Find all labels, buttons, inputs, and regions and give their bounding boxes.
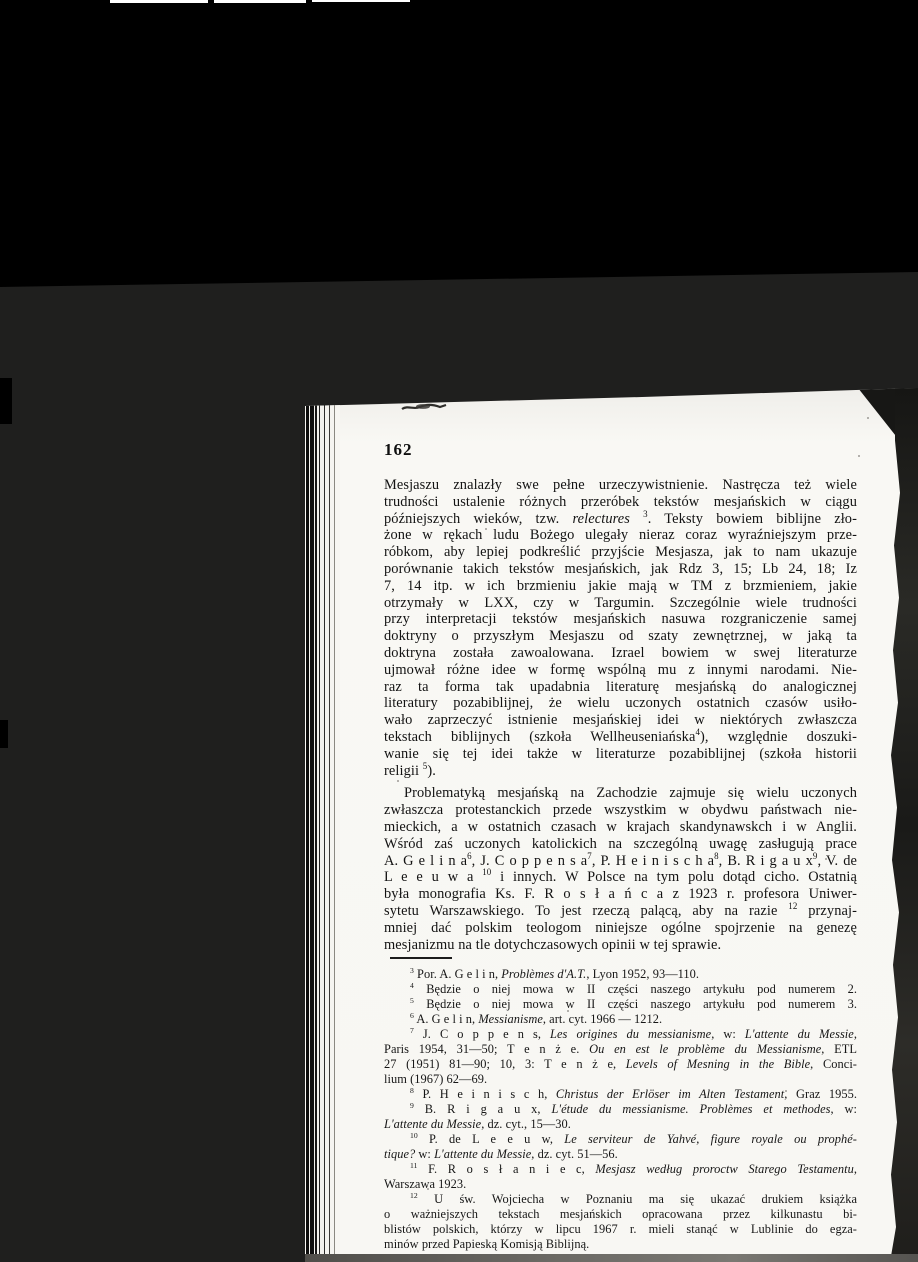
scan-speck — [397, 780, 399, 782]
scan-black-band — [0, 0, 918, 292]
paragraph: 10 P. de L e e u w, Le serviteur de Yahv… — [384, 1132, 857, 1162]
book-page: 162 Mesjaszu znalazły swe pełne urzeczyw… — [305, 388, 918, 1262]
text-line: mniej dać polskim teologom niniejsze ogó… — [384, 920, 857, 937]
text-line: 4 Będzie o niej mowa w II części naszego… — [384, 982, 857, 997]
text-line: wanie się tej idei także w literaturze p… — [384, 746, 857, 763]
page-bottom-shadow — [305, 1254, 918, 1262]
paragraph: 6 A. G e l i n, Messianisme, art. cyt. 1… — [384, 1012, 857, 1027]
paragraph: 3 Por. A. G e l i n, Problèmes d'A.T., L… — [384, 967, 857, 982]
footnote-separator — [390, 957, 452, 959]
book-gutter-page-edges — [306, 400, 340, 1256]
text-line: 27 (1951) 81—90; 10, 3: T e n ż e, Level… — [384, 1057, 857, 1072]
text-line: była monografia Ks. F. R o s ł a ń c a z… — [384, 886, 857, 903]
scan-speck — [867, 417, 869, 419]
text-line: późniejszych wieków, tzw. relectures 3. … — [384, 511, 857, 528]
paragraph: Problematyką mesjańską na Zachodzie zajm… — [384, 785, 857, 953]
text-line: ujmował różne idee w formę wspólną mu z … — [384, 662, 857, 679]
paragraph: 12 U św. Wojciecha w Poznaniu ma się uka… — [384, 1192, 857, 1252]
text-line: Problematyką mesjańską na Zachodzie zajm… — [384, 785, 857, 802]
text-line: A. G e l i n a6, J. C o p p e n s a7, P.… — [384, 853, 857, 870]
scan-speck — [567, 1010, 569, 1012]
text-line: 10 P. de L e e u w, Le serviteur de Yahv… — [384, 1132, 857, 1147]
scan-artifact-squiggle — [400, 401, 448, 413]
scan-speck — [485, 528, 487, 530]
text-line: trudności ustalenie różnych przeróbek te… — [384, 494, 857, 511]
paragraph: 9 B. R i g a u x, L'étude du messianisme… — [384, 1102, 857, 1132]
text-line: 11 F. R o s ł a n i e c, Mesjasz według … — [384, 1162, 857, 1177]
paragraph: 11 F. R o s ł a n i e c, Mesjasz według … — [384, 1162, 857, 1192]
text-line: wało zaprzeczyć istnienie mesjańskiej id… — [384, 712, 857, 729]
text-line: róbkom, aby lepiej podkreślić przyjście … — [384, 544, 857, 561]
text-line: Wśród zaś uczonych katolickich na szczeg… — [384, 836, 857, 853]
scan-speck — [858, 455, 860, 457]
scan-edge-dash — [312, 0, 410, 2]
scan-edge-dash — [214, 0, 306, 3]
text-line: zwłaszcza protestanckich przede wszystki… — [384, 802, 857, 819]
text-line: raz ta forma tak upadabnia literaturę me… — [384, 679, 857, 696]
body-text: Mesjaszu znalazły swe pełne urzeczywistn… — [384, 477, 857, 953]
text-line: lium (1967) 62—69. — [384, 1072, 857, 1087]
scanned-page-background: 162 Mesjaszu znalazły swe pełne urzeczyw… — [0, 0, 918, 1262]
text-line: tique? w: L'attente du Messie, dz. cyt. … — [384, 1147, 857, 1162]
text-line: 9 B. R i g a u x, L'étude du messianisme… — [384, 1102, 857, 1117]
text-line: mieckich, a w ostatnich czasach w krajac… — [384, 819, 857, 836]
text-line: L e e u w a 10 i innych. W Polsce na tym… — [384, 869, 857, 886]
text-line: o ważniejszych tekstach mesjańskich opra… — [384, 1207, 857, 1222]
page-number: 162 — [384, 440, 413, 460]
text-line: porównanie takich tekstów mesjańskich, j… — [384, 561, 857, 578]
text-line: minów przed Papieską Komisją Biblijną. — [384, 1237, 857, 1252]
text-line: Mesjaszu znalazły swe pełne urzeczywistn… — [384, 477, 857, 494]
scan-speck — [785, 1090, 787, 1092]
text-line: L'attente du Messie, dz. cyt., 15—30. — [384, 1117, 857, 1132]
text-line: 12 U św. Wojciecha w Poznaniu ma się uka… — [384, 1192, 857, 1207]
scan-speck — [825, 858, 827, 860]
text-line: 7, 14 itp. w ich brzmieniu jakie mają w … — [384, 578, 857, 595]
footnotes: 3 Por. A. G e l i n, Problèmes d'A.T., L… — [384, 967, 857, 1252]
text-line: literatury pozabiblijnej, że wielu uczon… — [384, 695, 857, 712]
page-right-ragged-edge — [888, 388, 918, 1262]
scan-speck — [427, 1188, 429, 1190]
text-line: otrzymały w LXX, czy w Targumin. Szczegó… — [384, 595, 857, 612]
text-line: 6 A. G e l i n, Messianisme, art. cyt. 1… — [384, 1012, 857, 1027]
text-line: przy interpretacji tekstów mesjańskich n… — [384, 611, 857, 628]
text-line: tekstach biblijnych (szkoła Wellheusenia… — [384, 729, 857, 746]
text-line: 3 Por. A. G e l i n, Problèmes d'A.T., L… — [384, 967, 857, 982]
scan-edge-dash — [110, 0, 208, 3]
text-line: doktryna została zawoalowana. Izrael bow… — [384, 645, 857, 662]
text-line: mesjanizmu na tle dotychczasowych opinii… — [384, 937, 857, 954]
text-line: sytetu Warszawskiego. To jest rzeczą pal… — [384, 903, 857, 920]
text-line: blistów polskich, którzy w lipcu 1967 r.… — [384, 1222, 857, 1237]
text-line: doktryny o przyszłym Mesjaszu od szaty z… — [384, 628, 857, 645]
paragraph: 4 Będzie o niej mowa w II części naszego… — [384, 982, 857, 997]
scan-black-notch — [0, 378, 12, 424]
text-line: Warszawa 1923. — [384, 1177, 857, 1192]
scan-black-notch — [0, 720, 8, 748]
text-line: 7 J. C o p p e n s, Les origines du mess… — [384, 1027, 857, 1042]
paragraph: 7 J. C o p p e n s, Les origines du mess… — [384, 1027, 857, 1087]
scan-speck — [725, 650, 727, 652]
text-line: żone w rękach ludu Bożego ulegały nieraz… — [384, 527, 857, 544]
text-line: 5 Będzie o niej mowa w II części naszego… — [384, 997, 857, 1012]
paragraph: Mesjaszu znalazły swe pełne urzeczywistn… — [384, 477, 857, 779]
text-line: Paris 1954, 31—50; T e n ż e. Ou en est … — [384, 1042, 857, 1057]
text-line: religii 5). — [384, 763, 857, 780]
paragraph: 5 Będzie o niej mowa w II części naszego… — [384, 997, 857, 1012]
